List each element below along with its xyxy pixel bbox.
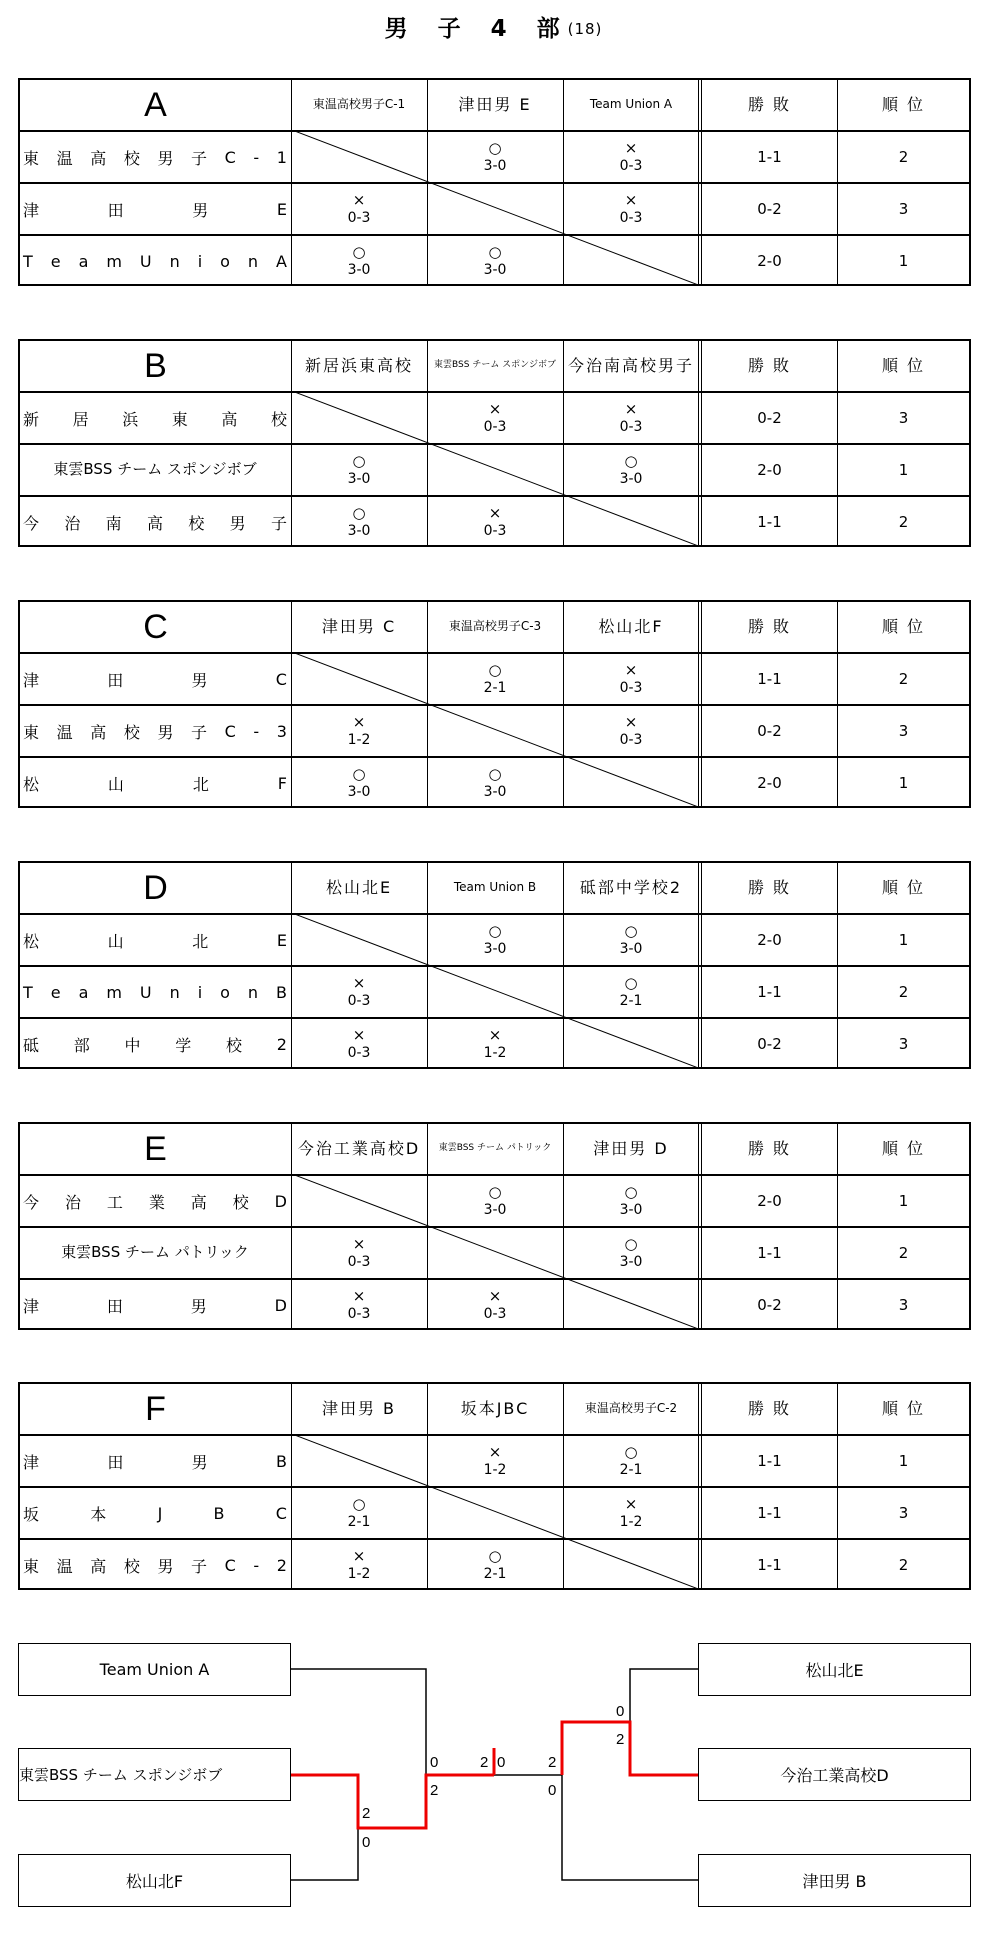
row-team-name-char: 男 [157,1554,173,1577]
record-value: 2-0 [701,758,838,808]
rank-value: 2 [838,497,969,547]
match-result: ○ 3-0 [563,1228,699,1278]
page-title: 男子4部(18) [0,10,987,43]
loss-mark-icon: × [353,1287,366,1305]
league-table-e: E今治工業高校D東雲BSS チーム パトリック津田男 D勝 敗順 位今治工業高校… [18,1122,971,1330]
row-team-name-char: F [278,774,287,793]
win-mark-icon: ○ [488,1547,501,1565]
row-team-name-char: o [220,252,230,271]
match-score: 0-3 [620,679,643,697]
match-result: × 0-3 [427,497,563,547]
row-team-name-char: 工 [107,1190,123,1213]
rank-value: 3 [838,1280,969,1330]
match-result: ○ 3-0 [291,497,427,547]
header-team-2: 津田男 E [427,80,563,130]
row-team-name: 東雲BSS チーム パトリック [20,1228,291,1278]
header-team-3: 東温高校男子C-2 [563,1384,699,1434]
row-team-name: 今治工業高校D今治工業高校D [20,1176,291,1226]
record-value: 1-1 [701,654,838,704]
row-team-name: 松山北E松山北E [20,915,291,965]
header-record: 勝 敗 [701,341,838,391]
match-result: ○ 3-0 [291,445,427,495]
match-score: 3-0 [620,1253,643,1271]
row-team-name-char: 高 [147,511,163,534]
header-team-2: 東雲BSS チーム スポンジボブ [427,341,563,391]
match-score: 0-3 [348,1253,371,1271]
league-table-c: C津田男 C東温高校男子C-3松山北F勝 敗順 位津田男C津田男C ○ 2-1 … [18,600,971,808]
match-result: × 0-3 [291,184,427,234]
match-score: 2-1 [620,992,643,1010]
match-result: ○ 3-0 [427,236,563,286]
match-result: ○ 2-1 [291,1488,427,1538]
group-letter: C [20,602,291,652]
loss-mark-icon: × [489,400,502,418]
row-team-name-char: 男 [192,668,208,691]
record-value: 1-1 [701,1488,838,1538]
row-team-name-char: E [277,200,287,219]
rank-value: 1 [838,1436,969,1486]
match-score: 2-1 [620,1461,643,1479]
match-result: ○ 3-0 [427,132,563,182]
row-team-name: 坂本JBC坂本JBC [20,1488,291,1538]
row-team-name-char: m [106,252,122,271]
score-right-r2-bottom: 0 [548,1782,556,1799]
match-result: ○ 3-0 [563,445,699,495]
row-team-name-char: m [106,983,122,1002]
match-result: ○ 3-0 [291,758,427,808]
header-team-1: 東温高校男子C-1 [291,80,427,130]
row-team-name-char: 今 [23,1190,39,1213]
row-team-name-char: 子 [271,511,287,534]
group-letter: E [20,1124,291,1174]
record-value: 2-0 [701,236,838,286]
record-value: 2-0 [701,1176,838,1226]
record-value: 0-2 [701,706,838,756]
match-score: 3-0 [484,940,507,958]
row-team-name: 新居浜東高校新居浜東高校 [20,393,291,443]
score-left-r2-bottom: 2 [430,1782,438,1799]
row-team-name-char: 子 [191,720,207,743]
match-result: × 0-3 [427,393,563,443]
match-score: 1-2 [620,1513,643,1531]
header-record: 勝 敗 [701,1124,838,1174]
row-team-name-char: 1 [277,148,287,167]
group-letter: F [20,1384,291,1434]
match-result: × 0-3 [427,1280,563,1330]
row-team-name-char: 3 [277,722,287,741]
match-score: 2-1 [484,679,507,697]
league-table-f: F津田男 B坂本JBC東温高校男子C-2勝 敗順 位津田男B津田男B × 1-2… [18,1382,971,1590]
row-team-name-char: 男 [157,146,173,169]
row-team-name-char: 砥 [23,1033,39,1056]
match-result: × 0-3 [291,967,427,1017]
row-team-name: 東雲BSS チーム スポンジボブ [20,445,291,495]
row-team-name-char: 男 [157,720,173,743]
match-result: × 1-2 [291,1540,427,1590]
record-value: 1-1 [701,497,838,547]
match-result: × 0-3 [563,706,699,756]
row-team-name: Team Union ATeamUnionA [20,236,291,286]
rank-value: 1 [838,236,969,286]
rank-value: 2 [838,132,969,182]
match-score: 2-1 [484,1565,507,1583]
row-team-name-char: 高 [90,720,106,743]
match-score: 0-3 [348,1305,371,1323]
loss-mark-icon: × [353,1547,366,1565]
loss-mark-icon: × [353,974,366,992]
win-mark-icon: ○ [624,922,637,940]
header-rank: 順 位 [838,863,969,913]
match-score: 0-3 [348,1044,371,1062]
row-team-name: 今治南高校男子今治南高校男子 [20,497,291,547]
match-score: 3-0 [348,783,371,801]
win-mark-icon: ○ [488,139,501,157]
row-team-name: 東温高校男子C-3東温高校男子C-3 [20,706,291,756]
row-team-name-char: 子 [191,1554,207,1577]
row-team-name-char: 子 [191,146,207,169]
match-result: ○ 3-0 [563,915,699,965]
match-score: 3-0 [484,1201,507,1219]
match-score: 1-2 [484,1461,507,1479]
match-score: 3-0 [620,940,643,958]
row-team-name-char: 校 [271,407,287,430]
rank-value: 3 [838,184,969,234]
row-team-name-char: i [198,252,202,271]
row-team-name-char: 坂 [23,1502,39,1525]
match-score: 1-2 [348,731,371,749]
row-team-name-char: 浜 [122,407,138,430]
row-team-name-char: 業 [149,1190,165,1213]
row-team-name-char: 部 [74,1033,90,1056]
match-score: 0-3 [484,1305,507,1323]
score-left-r1-top: 2 [362,1805,370,1822]
match-score: 1-2 [348,1565,371,1583]
match-score: 2-1 [348,1513,371,1531]
match-result: × 0-3 [563,184,699,234]
row-team-name-char: C [276,1504,287,1523]
match-result: × 1-2 [563,1488,699,1538]
row-team-name-char: 東 [23,720,39,743]
row-team-name-char: 温 [57,720,73,743]
rank-value: 1 [838,915,969,965]
row-team-name-char: 津 [23,668,39,691]
header-team-2: Team Union B [427,863,563,913]
row-team-name-char: 男 [192,1450,208,1473]
row-team-name-char: 居 [73,407,89,430]
score-right-r1-top: 0 [616,1703,624,1720]
row-team-name: 松山北F松山北F [20,758,291,808]
title-main: 男子4部 [385,16,590,42]
header-rank: 順 位 [838,1124,969,1174]
match-result: × 0-3 [563,132,699,182]
row-team-name-char: B [276,983,287,1002]
row-team-name-char: 2 [277,1035,287,1054]
record-value: 0-2 [701,1280,838,1330]
row-team-name: 東温高校男子C-2東温高校男子C-2 [20,1540,291,1590]
row-team-name-char: 男 [191,1294,207,1317]
match-result: ○ 2-1 [563,967,699,1017]
row-team-name-char: 今 [23,511,39,534]
header-team-3: 松山北F [563,602,699,652]
row-team-name-char: 治 [65,1190,81,1213]
win-mark-icon: ○ [488,661,501,679]
row-team-name-char: 学 [175,1033,191,1056]
win-mark-icon: ○ [352,504,365,522]
score-right-r1-bottom: 2 [616,1731,624,1748]
win-mark-icon: ○ [488,1183,501,1201]
title-sub: (18) [568,20,603,38]
row-team-name-char: e [51,983,61,1002]
header-team-2: 東温高校男子C-3 [427,602,563,652]
group-letter: A [20,80,291,130]
loss-mark-icon: × [489,1443,502,1461]
league-table-a: A東温高校男子C-1津田男 ETeam Union A勝 敗順 位東温高校男子C… [18,78,971,286]
match-score: 3-0 [484,261,507,279]
match-score: 0-3 [484,522,507,540]
record-value: 0-2 [701,1019,838,1069]
win-mark-icon: ○ [488,922,501,940]
row-team-name-char: 高 [90,146,106,169]
league-table-b: B新居浜東高校東雲BSS チーム スポンジボブ今治南高校男子勝 敗順 位新居浜東… [18,339,971,547]
row-team-name-char: 津 [23,1450,39,1473]
row-team-name-char: 東 [172,407,188,430]
row-team-name-char: 温 [57,146,73,169]
match-score: 0-3 [484,418,507,436]
row-team-name-char: - [253,148,259,167]
row-team-name-char: 校 [124,720,140,743]
row-team-name-char: C [225,722,236,741]
header-team-2: 東雲BSS チーム パトリック [427,1124,563,1174]
match-result: × 0-3 [291,1280,427,1330]
record-value: 0-2 [701,184,838,234]
loss-mark-icon: × [625,191,638,209]
match-score: 0-3 [620,157,643,175]
loss-mark-icon: × [625,1495,638,1513]
bracket-right-team-1: 松山北E [698,1643,971,1696]
row-team-name-char: 校 [124,146,140,169]
record-value: 0-2 [701,393,838,443]
row-team-name: 砥部中学校2砥部中学校2 [20,1019,291,1069]
match-score: 3-0 [484,783,507,801]
row-team-name-char: 新 [23,407,39,430]
row-team-name-char: 東 [23,1554,39,1577]
row-team-name-char: 校 [124,1554,140,1577]
match-result: ○ 3-0 [427,1176,563,1226]
row-team-name-char: a [79,252,89,271]
record-value: 1-1 [701,1228,838,1278]
match-score: 3-0 [484,157,507,175]
row-team-name-char: 田 [107,1450,123,1473]
match-result: × 0-3 [291,1019,427,1069]
win-mark-icon: ○ [352,765,365,783]
record-value: 1-1 [701,1540,838,1590]
row-team-name-char: n [248,983,258,1002]
row-team-name-char: 校 [233,1190,249,1213]
header-rank: 順 位 [838,341,969,391]
loss-mark-icon: × [625,400,638,418]
row-team-name-char: 東 [23,146,39,169]
row-team-name-char: J [158,1504,163,1523]
bracket-right-team-3: 津田男 B [698,1854,971,1907]
row-team-name-char: U [140,252,152,271]
row-team-name-char: 高 [221,407,237,430]
match-score: 0-3 [348,992,371,1010]
row-team-name-text: 東雲BSS チーム パトリック [61,1245,249,1261]
row-team-name: 東温高校男子C-1東温高校男子C-1 [20,132,291,182]
header-team-1: 松山北E [291,863,427,913]
row-team-name-char: e [51,252,61,271]
row-team-name-char: 本 [90,1502,106,1525]
win-mark-icon: ○ [624,1235,637,1253]
rank-value: 3 [838,1488,969,1538]
record-value: 1-1 [701,967,838,1017]
row-team-name-char: C [225,1556,236,1575]
record-value: 2-0 [701,445,838,495]
row-team-name-char: 田 [107,1294,123,1317]
header-team-1: 津田男 B [291,1384,427,1434]
header-team-2: 坂本JBC [427,1384,563,1434]
row-team-name-text: 東雲BSS チーム スポンジボブ [53,462,256,478]
win-mark-icon: ○ [624,1183,637,1201]
row-team-name: Team Union BTeamUnionB [20,967,291,1017]
loss-mark-icon: × [489,1287,502,1305]
header-team-3: 砥部中学校2 [563,863,699,913]
row-team-name: 津田男C津田男C [20,654,291,704]
row-team-name-char: 南 [106,511,122,534]
row-team-name: 津田男D津田男D [20,1280,291,1330]
row-team-name-char: 男 [192,198,208,221]
score-right-r2-top: 2 [548,1754,556,1771]
match-result: × 1-2 [291,706,427,756]
row-team-name-char: 治 [64,511,80,534]
row-team-name-char: E [277,931,287,950]
match-result: × 0-3 [291,1228,427,1278]
header-team-3: 今治南高校男子 [563,341,699,391]
row-team-name: 津田男E津田男E [20,184,291,234]
bracket-right-team-2: 今治工業高校D [698,1748,971,1801]
row-team-name-char: n [170,983,180,1002]
win-mark-icon: ○ [624,1443,637,1461]
loss-mark-icon: × [489,1026,502,1044]
match-score: 1-2 [484,1044,507,1062]
bracket-left-team-1: Team Union A [18,1643,291,1696]
header-rank: 順 位 [838,602,969,652]
match-result: ○ 3-0 [427,758,563,808]
row-team-name-char: 松 [23,772,39,795]
row-team-name-char: T [23,983,33,1002]
match-result: × 0-3 [563,654,699,704]
row-team-name-char: 山 [108,929,124,952]
match-score: 3-0 [620,470,643,488]
row-team-name-char: 高 [90,1554,106,1577]
loss-mark-icon: × [353,713,366,731]
row-team-name-char: 校 [188,511,204,534]
match-score: 0-3 [348,209,371,227]
row-team-name-char: 校 [226,1033,242,1056]
row-team-name-char: 温 [57,1554,73,1577]
match-score: 0-3 [620,731,643,749]
win-mark-icon: ○ [352,452,365,470]
rank-value: 2 [838,967,969,1017]
row-team-name-char: A [276,252,287,271]
rank-value: 3 [838,393,969,443]
row-team-name-char: o [220,983,230,1002]
header-team-1: 新居浜東高校 [291,341,427,391]
loss-mark-icon: × [489,504,502,522]
row-team-name-char: 津 [23,1294,39,1317]
score-final-left: 2 [480,1754,488,1771]
match-score: 3-0 [348,522,371,540]
match-result: ○ 3-0 [291,236,427,286]
match-score: 3-0 [348,470,371,488]
win-mark-icon: ○ [352,1495,365,1513]
row-team-name-char: a [79,983,89,1002]
row-team-name-char: 津 [23,198,39,221]
rank-value: 1 [838,445,969,495]
row-team-name-char: 中 [125,1033,141,1056]
row-team-name-char: 田 [108,198,124,221]
row-team-name-char: 田 [107,668,123,691]
header-team-1: 今治工業高校D [291,1124,427,1174]
record-value: 1-1 [701,132,838,182]
score-final-right: 0 [497,1754,505,1771]
row-team-name-char: B [276,1452,287,1471]
match-result: ○ 3-0 [427,915,563,965]
rank-value: 1 [838,1176,969,1226]
loss-mark-icon: × [353,1026,366,1044]
row-team-name-char: 北 [192,929,208,952]
header-team-3: Team Union A [563,80,699,130]
loss-mark-icon: × [625,713,638,731]
match-result: × 1-2 [427,1019,563,1069]
header-record: 勝 敗 [701,602,838,652]
win-mark-icon: ○ [624,452,637,470]
rank-value: 3 [838,706,969,756]
row-team-name-char: 北 [193,772,209,795]
rank-value: 2 [838,1540,969,1590]
score-left-r1-bottom: 0 [362,1834,370,1851]
header-record: 勝 敗 [701,80,838,130]
record-value: 2-0 [701,915,838,965]
match-result: ○ 2-1 [427,1540,563,1590]
row-team-name-char: C [276,670,287,689]
row-team-name-char: D [275,1192,287,1211]
row-team-name-char: T [23,252,33,271]
score-left-r2-top: 0 [430,1754,438,1771]
loss-mark-icon: × [625,661,638,679]
row-team-name-char: - [253,722,259,741]
rank-value: 2 [838,1228,969,1278]
row-team-name-char: n [248,252,258,271]
row-team-name-char: B [214,1504,225,1523]
row-team-name-char: - [253,1556,259,1575]
match-result: × 1-2 [427,1436,563,1486]
match-score: 3-0 [620,1201,643,1219]
match-score: 3-0 [348,261,371,279]
win-mark-icon: ○ [488,243,501,261]
row-team-name-char: 2 [277,1556,287,1575]
header-rank: 順 位 [838,80,969,130]
loss-mark-icon: × [353,191,366,209]
header-record: 勝 敗 [701,863,838,913]
match-result: ○ 2-1 [427,654,563,704]
row-team-name-char: 山 [108,772,124,795]
bracket-left-team-3: 松山北F [18,1854,291,1907]
win-mark-icon: ○ [488,765,501,783]
match-result: ○ 3-0 [563,1176,699,1226]
header-rank: 順 位 [838,1384,969,1434]
row-team-name-char: 松 [23,929,39,952]
